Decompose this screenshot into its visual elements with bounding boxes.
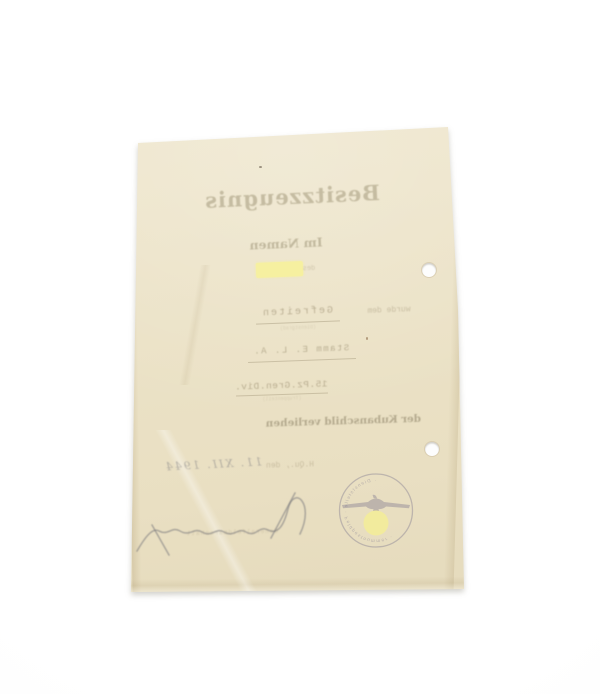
paper-speck xyxy=(366,337,368,340)
line-rank-mirrored: Gefreiten xyxy=(252,305,342,320)
yellow-dot-redaction xyxy=(364,511,389,536)
line-unit-mirrored: Stamm E. L. A. xyxy=(241,343,361,357)
punch-hole-top xyxy=(422,263,436,277)
unit-stamp-mirrored: · Dienststelle · Feldpostnummer · xyxy=(337,472,415,550)
line-award-mirrored: der Kubanschild verliehen xyxy=(281,413,421,429)
photo-background: { "photo": { "background": "#ffffff", "p… xyxy=(0,0,600,694)
punch-hole-bottom xyxy=(425,442,439,456)
paper-crease-shadow xyxy=(115,265,275,385)
paper-bottom-edge-shading xyxy=(130,577,464,594)
svg-text:· Dienststelle · Feldpostnumme: · Dienststelle · Feldpostnummer · xyxy=(343,477,394,543)
line-division-mirrored: 15.Pz.Gren.Div. xyxy=(231,378,331,392)
word-des-mirrored: des xyxy=(294,264,324,273)
paper-speck xyxy=(259,166,262,168)
eagle-head-icon xyxy=(373,495,378,499)
signature-tail-stroke xyxy=(152,525,169,555)
paper-shadow-wrap: Besitzzeugnis Im Namen des wurde dem Gef… xyxy=(0,0,600,694)
handwritten-date-mirrored: 11. XII. 1944 xyxy=(158,455,269,474)
signature-handwriting-mirrored xyxy=(128,481,328,559)
rank-caption-mirrored: (Dienstgrad) xyxy=(268,324,328,332)
line-wurde-dem-mirrored: wurde dem xyxy=(359,305,419,316)
division-caption-mirrored: (Truppenteil) xyxy=(247,395,317,403)
photo-backdrop: Besitzzeugnis Im Namen des wurde dem Gef… xyxy=(0,0,600,694)
paper-sheet: Besitzzeugnis Im Namen des wurde dem Gef… xyxy=(0,0,600,694)
line-im-namen-mirrored: Im Namen xyxy=(236,234,337,253)
title-besitzzeugnis-mirrored: Besitzzeugnis xyxy=(202,180,383,213)
paper-top-edge-shading xyxy=(137,111,450,135)
unit-underline xyxy=(248,358,356,363)
paper-right-edge-shading xyxy=(444,128,467,590)
stamp-ring-text: · Dienststelle · Feldpostnummer · xyxy=(343,477,394,543)
